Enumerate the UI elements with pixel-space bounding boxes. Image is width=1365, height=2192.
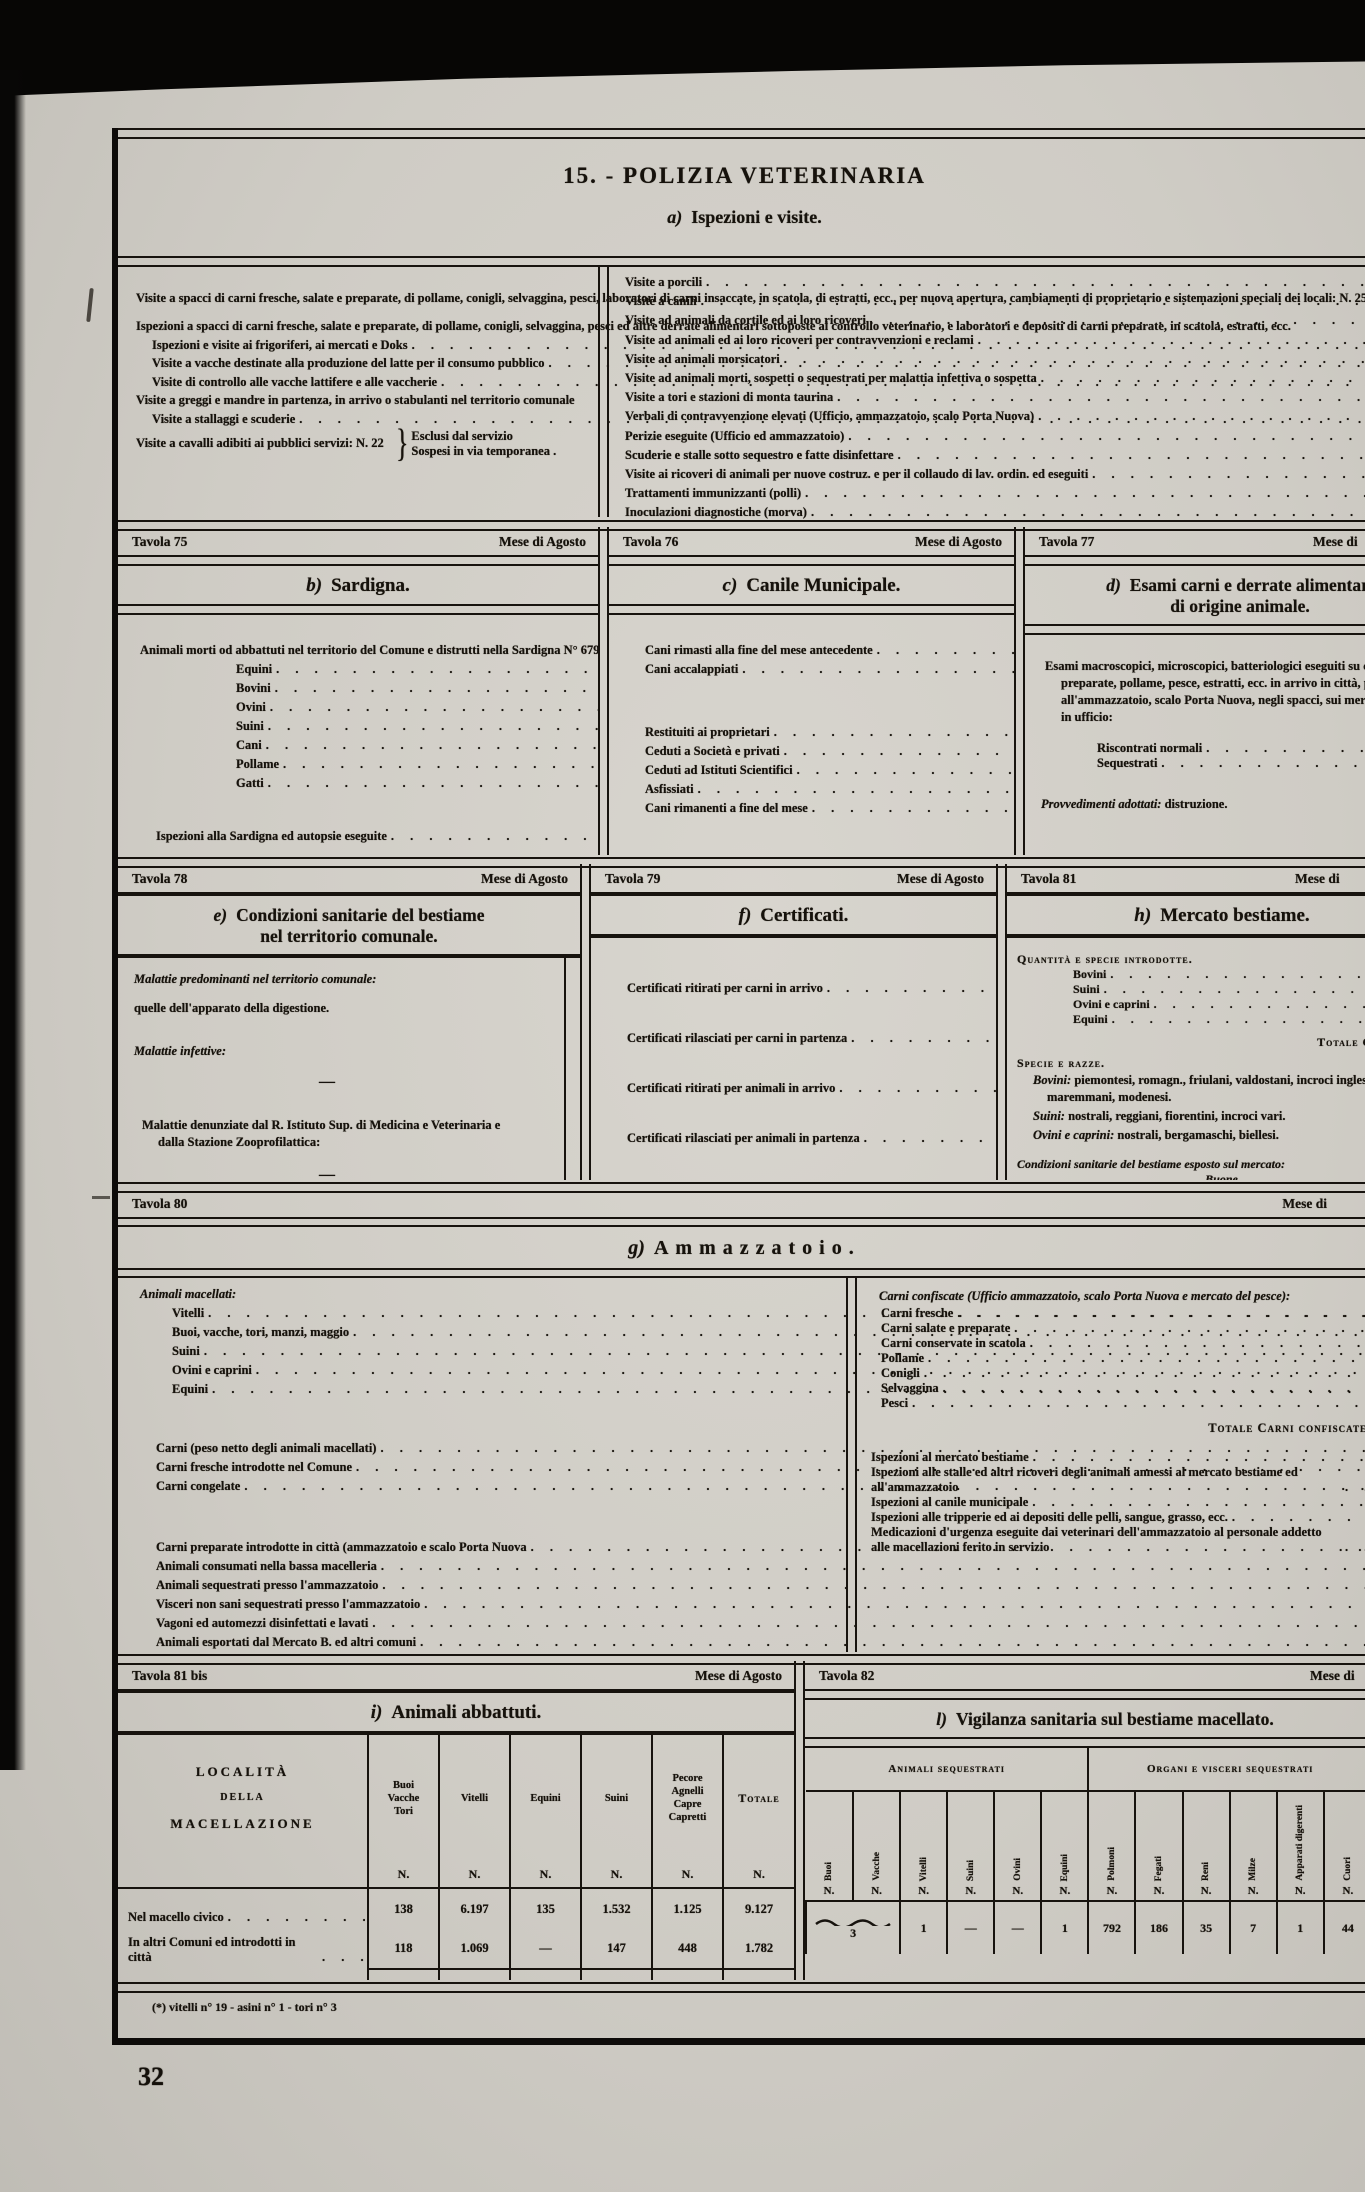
total-row: Totale 256 7.266 135 1.679 1.573 10.909: [118, 1969, 794, 1980]
column-rule: [564, 958, 566, 1180]
intro-text: Esami macroscopici, microscopici, batter…: [1037, 657, 1365, 727]
list-item: Visite a porcili: [625, 273, 1365, 292]
item-text: Gatti: [236, 775, 264, 792]
item-text: Certificati ritirati per carni in arrivo: [627, 980, 823, 997]
footnote: (*) vitelli n° 19 - asini n° 1 - tori n°…: [118, 2000, 1365, 2015]
item-text: Scuderie e stalle sotto sequestro e fatt…: [625, 446, 894, 465]
n-cell: N.: [1248, 1881, 1259, 1900]
item-text: Asfissiati: [645, 781, 694, 798]
n-cell: N.: [871, 1881, 882, 1900]
dot-leader: [318, 1950, 365, 1965]
divider: [1025, 555, 1365, 566]
cell-value: 10.909: [723, 1969, 794, 1980]
n-cell: N.: [1201, 1881, 1212, 1900]
item-text: Animali sequestrati presso l'ammazzatoio: [156, 1577, 378, 1594]
tavola-month: Mese di: [1295, 871, 1340, 887]
tavola-81: Tavola 81Mese di h)Mercato bestiame. Qua…: [1007, 864, 1365, 1180]
title-letter: b): [306, 575, 322, 596]
dot-leader: [1100, 982, 1365, 997]
dot-leader: [272, 661, 598, 678]
n-cell: N.: [1012, 1881, 1023, 1900]
item-text: Carni fresche introdotte nel Comune: [156, 1459, 352, 1476]
item-text: Sequestrati: [1097, 756, 1157, 771]
item-text: Visite a cavalli adibiti ai pubblici ser…: [136, 436, 384, 450]
column-header: FegatiN.: [1135, 1791, 1182, 1901]
divider: [609, 604, 1014, 615]
title-text: nel territorio comunale.: [260, 926, 437, 946]
braced-cell: 3: [806, 1901, 900, 1954]
list-item: Ispezioni alle stalle ed altri ricoveri …: [871, 1465, 1365, 1495]
header-text: Vitelli: [919, 1857, 929, 1881]
tavola-label: Tavola 75: [132, 534, 187, 550]
list-item: Conigli: [871, 1366, 1365, 1381]
title-letter: e): [213, 905, 227, 925]
race-text: piemontesi, romagn., friulani, valdostan…: [1047, 1073, 1365, 1104]
lead-line: Malattie predominanti nel territorio com…: [134, 972, 520, 987]
divider: [118, 1217, 1365, 1227]
item-text: Animali macellati:: [140, 1287, 236, 1301]
item-text: Vagoni ed automezzi disinfettati e lavat…: [156, 1615, 368, 1632]
list-item: Perizie eseguite (Ufficio ed ammazzatoio…: [625, 427, 1365, 446]
frame-bottom-border: [118, 2038, 1365, 2045]
item-text: Carni (peso netto degli animali macellat…: [156, 1440, 376, 1457]
item-text: Totale Carni confiscate: [1208, 1421, 1365, 1435]
list-item: Suini: [1017, 982, 1365, 997]
group-header-row: Animali sequestrati Organi e visceri seq…: [806, 1748, 1365, 1791]
header-line: Equini: [511, 1792, 580, 1805]
list-item: Selvaggina: [871, 1381, 1365, 1396]
divider: [118, 555, 598, 566]
text-line: quelle dell'apparato della digestione.: [134, 987, 520, 1016]
tavola-month: Mese di: [1310, 1668, 1355, 1684]
item-text: Carni conservate in scatola: [881, 1336, 1026, 1351]
list-item: Suini: [132, 717, 598, 736]
header-line: Capretti: [653, 1811, 722, 1824]
tavola-77: Tavola 77Mese di d)Esami carni e derrate…: [1025, 527, 1365, 855]
dot-leader: [908, 1396, 1365, 1411]
header-text: Buoi: [824, 1862, 834, 1881]
cell-value: 44: [1324, 1901, 1365, 1954]
item-text: Visite a vacche destinate alla produzion…: [152, 355, 544, 372]
race-line: Suini: nostrali, reggiani, fiorentini, i…: [1017, 1107, 1365, 1126]
item-text: Riscontrati normali: [1097, 741, 1202, 756]
cell-value: 1: [1277, 1901, 1324, 1954]
tavole-row-3: Tavola 81 bisMese di Agosto i)Animali ab…: [118, 1661, 1365, 1980]
tavola-month: Mese di Agosto: [915, 534, 1002, 550]
item-text: Ispezioni alle stalle ed altri ricoveri …: [871, 1465, 1341, 1495]
item-text: Carni fresche: [881, 1306, 953, 1321]
item-text: Visite di controllo alle vacche lattifer…: [152, 374, 437, 391]
item-text: Carni confiscate (Ufficio ammazzatoio, s…: [879, 1289, 1290, 1303]
n-cell: N.: [1343, 1881, 1354, 1900]
cell-value: 256: [368, 1969, 439, 1980]
column-divider: [1014, 527, 1025, 855]
item-text: Animali morti od abbattuti nel territori…: [140, 643, 598, 657]
column-header: PolmoniN.: [1088, 1791, 1135, 1901]
page-header: 15. - POLIZIA VETERINARIA a)Ispezioni e …: [118, 137, 1365, 228]
race-lead: Ovini e caprini:: [1033, 1128, 1114, 1142]
cell-value: 792: [1088, 1901, 1135, 1954]
dot-leader: [801, 484, 1365, 503]
list-item: Certificati rilasciati per carni in part…: [603, 998, 996, 1048]
item-text: Bovini: [1073, 967, 1106, 982]
item-text: Animali esportati dal Mercato B. ed altr…: [156, 1634, 416, 1651]
race-text: nostrali, bergamaschi, biellesi.: [1117, 1128, 1278, 1142]
title-text: di origine animale.: [1170, 596, 1310, 616]
n-cell: N.: [652, 1861, 723, 1888]
title-text: Mercato bestiame.: [1160, 905, 1309, 926]
list-item: Sequestrati: [1037, 756, 1365, 771]
header-line: Suini: [582, 1792, 651, 1805]
section-ispezioni-visite: N. Visite a spacci di carni fresche, sal…: [118, 265, 1365, 517]
column-header: Equini: [510, 1735, 581, 1861]
ammazzatoio-right: Carni confiscate (Ufficio ammazzatoio, s…: [857, 1278, 1365, 1652]
column-divider: [794, 1661, 805, 1980]
list-item: Ispezioni al mercato bestiameN.: [871, 1450, 1365, 1465]
dot-leader: [224, 1910, 365, 1925]
title-text: Canile Municipale.: [746, 575, 900, 596]
dot-leader: [953, 1306, 1365, 1321]
ammazzatoio-left: Animali macellati: N. Vitelli 6.197 Buoi…: [118, 1278, 846, 1652]
list-item: Verbali di contravvenzione elevati (Uffi…: [625, 407, 1365, 426]
tavola-label: Tavola 76: [623, 534, 678, 550]
item-text: Ovini: [236, 699, 266, 716]
dot-leader: [939, 1381, 1365, 1396]
header-text: Suini: [966, 1860, 976, 1881]
header-line: Vacche: [369, 1792, 438, 1805]
item-text: Carni salate e preparate: [881, 1321, 1010, 1336]
dot-leader: [924, 1351, 1365, 1366]
column-header: PecoreAgnelliCapreCapretti: [652, 1735, 723, 1861]
column-divider: [996, 864, 1007, 1180]
dot-leader: [387, 828, 598, 845]
tavola-label: Tavola 81: [1021, 871, 1076, 887]
title-text: Ammazzatoio.: [654, 1237, 861, 1259]
item-text: Bovini: [236, 680, 271, 697]
tavola-body: Esami macroscopici, microscopici, batter…: [1025, 635, 1365, 855]
dot-leader: [1029, 1450, 1365, 1465]
race-text: nostrali, reggiani, fiorentini, incroci …: [1068, 1109, 1285, 1123]
brace-glyph: }: [393, 432, 411, 457]
tavola-title: h)Mercato bestiame.: [1007, 896, 1365, 934]
cell-value: —: [994, 1901, 1041, 1954]
tavola-label: Tavola 81 bis: [132, 1668, 207, 1684]
cell-value: 1: [1041, 1901, 1088, 1954]
text-line: Malattie denunziate dal R. Istituto Sup.…: [134, 1105, 520, 1152]
tavola-body: Malattie predominanti nel territorio com…: [118, 958, 580, 1180]
list-item: Visite a canili: [625, 292, 1365, 311]
dot-leader: [833, 388, 1365, 407]
intro-text: Animali morti od abbattuti nel territori…: [132, 641, 598, 660]
tavola-title: d)Esami carni e derrate alimentaridi ori…: [1025, 566, 1365, 624]
page-number: 32: [138, 2062, 164, 2092]
cell-value: 186: [1135, 1901, 1182, 1954]
corner-line: LOCALITÀ: [118, 1759, 367, 1785]
dot-leader: [1228, 1510, 1365, 1525]
condition-lead: Condizioni sanitarie del bestiame espost…: [1017, 1145, 1365, 1172]
divider: [609, 555, 1014, 566]
list-item: Visite ad animali morti, sospetti o sequ…: [625, 369, 1365, 388]
column-header: Apparati digerentiN.: [1277, 1791, 1324, 1901]
cell-value: —: [510, 1929, 581, 1969]
list-item: Gatti: [132, 774, 598, 793]
dot-leader: [271, 680, 598, 697]
cell-value: 35: [1183, 1901, 1230, 1954]
dot-leader: [974, 331, 1365, 350]
header-text: Apparati digerenti: [1295, 1805, 1305, 1881]
dot-leader: [1028, 1495, 1365, 1510]
n-cell: N.: [1295, 1881, 1306, 1900]
dot-leader: [1157, 756, 1365, 771]
dot-leader: [780, 743, 1014, 760]
total-label: Totale: [621, 679, 1014, 707]
brace-wave: [814, 1917, 892, 1926]
header-line: Vitelli: [440, 1792, 509, 1805]
brace-option: Sospesi in via temporanea .: [411, 444, 556, 459]
list-item: Equini: [132, 660, 598, 679]
dot-leader: [264, 775, 598, 792]
tavola-75: Tavola 75Mese di Agosto b)Sardigna. N. A…: [118, 527, 598, 855]
list-item: Certificati rilasciati per animali in pa…: [603, 1098, 996, 1148]
n-cell: N.: [439, 1861, 510, 1888]
tavola-label: Tavola 82: [819, 1668, 874, 1684]
item-text: Certificati ritirati per animali in arri…: [627, 1080, 835, 1097]
header-text: Ovini: [1013, 1858, 1023, 1881]
title-letter: h): [1134, 905, 1151, 926]
divider: [118, 1982, 1365, 1993]
item-text: Trattamenti immunizzanti (polli): [625, 484, 801, 503]
tavola-title: g)Ammazzatoio.: [118, 1227, 1365, 1268]
cell-value: 135: [510, 1888, 581, 1929]
item-text: Ovini e caprini: [1073, 997, 1150, 1012]
race-lead: Bovini:: [1033, 1073, 1071, 1087]
header-line: Buoi: [369, 1779, 438, 1792]
divider: [805, 1737, 1365, 1748]
tavola-76: Tavola 76Mese di Agosto c)Canile Municip…: [609, 527, 1014, 855]
dot-leader: [266, 699, 598, 716]
animali-abbattuti-table: LOCALITÀ DELLA MACELLAZIONE BuoiVaccheTo…: [118, 1735, 794, 1980]
cell-value: —: [947, 1901, 994, 1954]
item-text: Visite ad animali ed ai loro ricoveri pe…: [625, 331, 974, 350]
total-label: Totale Carni confiscate: [871, 1411, 1365, 1450]
dot-leader: [1341, 1540, 1365, 1555]
cell-value: 138: [368, 1888, 439, 1929]
column-header-row: BuoiN. VaccheN. VitelliN. SuiniN. OviniN…: [806, 1791, 1365, 1901]
divider: [118, 1268, 1365, 1278]
header-text: Fegati: [1154, 1856, 1164, 1881]
section-heading: Quantità e specie introdotte.: [1017, 952, 1365, 967]
list-item: Scuderie e stalle sotto sequestro e fatt…: [625, 446, 1365, 465]
cell-value: 147: [581, 1929, 652, 1969]
dot-leader: [1106, 967, 1365, 982]
item-text: Visite ai ricoveri di animali per nuove …: [625, 465, 1088, 484]
title-text: Animali abbattuti.: [391, 1702, 541, 1723]
lead-line: Carni confiscate (Ufficio ammazzatoio, s…: [871, 1282, 1365, 1306]
item-text: Visite a porcili: [625, 273, 702, 292]
header-text: Reni: [1201, 1862, 1211, 1881]
list-item: Cani accalappiati: [621, 660, 1014, 679]
column-divider: [846, 1278, 857, 1652]
cell-value: 1.069: [439, 1929, 510, 1969]
column-header: Totale: [723, 1735, 794, 1861]
n-row: N. N. N. N. N. N.: [118, 1861, 794, 1888]
dash: —: [134, 1059, 520, 1105]
scan-edge-top: [0, 0, 1365, 96]
spacer: [603, 942, 996, 966]
column-header: BuoiVaccheTori: [368, 1735, 439, 1861]
title-text: Certificati.: [760, 905, 848, 926]
row-label: In altri Comuni ed introdotti in città: [128, 1935, 318, 1965]
pen-mark: [86, 288, 94, 322]
page-title: 15. - POLIZIA VETERINARIA: [118, 137, 1365, 189]
header-text: Milze: [1248, 1858, 1258, 1881]
item-text: Suini: [172, 1343, 200, 1360]
item-text: Suini: [1073, 982, 1100, 997]
title-letter: i): [371, 1702, 383, 1723]
tavola-body: N. Certificati ritirati per carni in arr…: [591, 938, 996, 1180]
item-text: Totale Capi: [1317, 1035, 1365, 1049]
dot-leader: [1108, 1012, 1365, 1027]
list-item: Visite ai ricoveri di animali per nuove …: [625, 465, 1365, 484]
dot-leader: [793, 762, 1014, 779]
column-divider: [598, 527, 609, 855]
dot-leader: [770, 724, 1014, 741]
item-text: Conigli: [881, 1366, 920, 1381]
n-cell: N.: [965, 1881, 976, 1900]
list-item: Equini: [1017, 1012, 1365, 1027]
list-item: Bovini: [132, 679, 598, 698]
list-item: Cani rimasti alla fine del mese antecede…: [621, 641, 1014, 660]
title-letter: d): [1106, 575, 1121, 595]
cell-value: 1.782: [723, 1929, 794, 1969]
divider: [1025, 624, 1365, 635]
list-item: Trattamenti immunizzanti (polli): [625, 484, 1365, 503]
list-item: Cani: [132, 736, 598, 755]
document-frame: 15. - POLIZIA VETERINARIA a)Ispezioni e …: [112, 128, 1365, 2045]
cell-value: 118: [368, 1929, 439, 1969]
cell-value: 1.125: [652, 1888, 723, 1929]
list-item: Certificati ritirati per carni in arrivo: [603, 966, 996, 998]
column-header: OviniN.: [994, 1791, 1041, 1901]
dot-leader: [1034, 407, 1365, 426]
spacer: [621, 707, 1014, 723]
item-text: Visceri non sani sequestrati presso l'am…: [156, 1596, 420, 1613]
item-text: Equini: [172, 1381, 208, 1398]
total-label: Totale: [132, 793, 598, 820]
dot-leader: [1341, 1480, 1365, 1495]
dot-leader: [860, 1130, 996, 1147]
item-text: Ispezioni al canile municipale: [871, 1495, 1028, 1510]
list-item: Pollame: [871, 1351, 1365, 1366]
item-text: Pollame: [881, 1351, 924, 1366]
dot-leader: [808, 800, 1014, 817]
title-letter: c): [723, 575, 738, 596]
item-text: Ceduti ad Istituti Scientifici: [645, 762, 793, 779]
header-line: Pecore: [653, 1772, 722, 1785]
item-text: Visite ad animali morti, sospetti o sequ…: [625, 369, 1037, 388]
tavola-title: c)Canile Municipale.: [609, 566, 1014, 604]
dot-leader: [279, 756, 598, 773]
item-text: Suini: [236, 718, 264, 735]
list-item: Visite a tori e stazioni di monta taurin…: [625, 388, 1365, 407]
item-text: Cani rimanenti a fine del mese: [645, 800, 808, 817]
dot-leader: [1150, 997, 1365, 1012]
tavola-body: Quantità e specie introdotte. Bovini Sui…: [1007, 938, 1365, 1180]
column-header: Vitelli: [439, 1735, 510, 1861]
title-text: Esami carni e derrate alimentari: [1130, 575, 1365, 595]
tavola-82: Tavola 82Mese di l)Vigilanza sanitaria s…: [805, 1661, 1365, 1980]
item-text: Equini: [236, 661, 272, 678]
item-text: Ovini e caprini: [172, 1362, 252, 1379]
column-header: SuiniN.: [947, 1791, 994, 1901]
corner-line: DELLA: [118, 1785, 367, 1811]
cell-value: 1.573: [652, 1969, 723, 1980]
dot-leader: [1037, 369, 1365, 388]
header-line: Capre: [653, 1798, 722, 1811]
table-row: Nel macello civico 138 6.197 135 1.532 1…: [118, 1888, 794, 1929]
table-corner-header: LOCALITÀ DELLA MACELLAZIONE: [118, 1735, 368, 1861]
dot-leader: [702, 273, 1365, 292]
ispezioni-left-column: N. Visite a spacci di carni fresche, sal…: [128, 265, 598, 517]
note-lead: Provvedimenti adottati:: [1041, 797, 1161, 811]
item-text: Cani rimasti alla fine del mese antecede…: [645, 642, 873, 659]
tavola-month: Mese di: [1313, 534, 1358, 550]
item-text: Visite a greggi e mandre in partenza, in…: [136, 393, 575, 407]
column-header: BuoiN.: [806, 1791, 853, 1901]
cell-value: 448: [652, 1929, 723, 1969]
tavola-title: e)Condizioni sanitarie del bestiamenel t…: [118, 896, 580, 954]
total-label: Totale Capi: [1017, 1027, 1365, 1056]
lead-line: Malattie infettive:: [134, 1016, 520, 1059]
dot-leader: [873, 642, 1014, 659]
item-text: Visite a tori e stazioni di monta taurin…: [625, 388, 833, 407]
n-cell: N.: [824, 1881, 835, 1900]
tavole-row-1: Tavola 75Mese di Agosto b)Sardigna. N. A…: [118, 527, 1365, 855]
column-header: MilzeN.: [1230, 1791, 1277, 1901]
title-text: Condizioni sanitarie del bestiame: [236, 905, 484, 925]
column-header: Suini: [581, 1735, 652, 1861]
item-text: Certificati rilasciati per animali in pa…: [627, 1130, 860, 1147]
list-item: Carni fresche: [871, 1306, 1365, 1321]
header-text: Polmoni: [1107, 1847, 1117, 1881]
tavola-title: l)Vigilanza sanitaria sul bestiame macel…: [805, 1700, 1365, 1737]
cell-value: 6.197: [439, 1888, 510, 1929]
list-item: Asfissiati: [621, 780, 1014, 799]
item-text: Buoi, vacche, tori, manzi, maggio: [172, 1324, 349, 1341]
cell-value: 9.127: [723, 1888, 794, 1929]
item-text: Ispezioni e visite ai frigoriferi, ai me…: [152, 337, 408, 354]
item-text: Cani: [236, 737, 262, 754]
column-header: CuoriN.: [1324, 1791, 1365, 1901]
cell-value: 1: [900, 1901, 947, 1954]
tavola-month: Mese di: [1282, 1196, 1327, 1212]
divider: [805, 1689, 1365, 1700]
list-item: Visite ad animali da cortile ed ai loro …: [625, 311, 1365, 330]
dot-leader: [823, 980, 996, 997]
header-line: Agnelli: [653, 1785, 722, 1798]
n-cell: [118, 1861, 368, 1888]
list-item: Ceduti a Società e privati: [621, 742, 1014, 761]
pen-mark: [92, 1196, 110, 1199]
scanned-document-page: 15. - POLIZIA VETERINARIA a)Ispezioni e …: [0, 0, 1365, 2192]
tavola-label: Tavola 78: [132, 871, 187, 887]
cell-value: 1.679: [581, 1969, 652, 1980]
subtitle-letter: a): [667, 207, 682, 227]
row-label: Nel macello civico: [128, 1910, 224, 1925]
list-item: Visite ad animali morsicatori: [625, 350, 1365, 369]
list-item: Pesci: [871, 1396, 1365, 1411]
cell-value: 135: [510, 1969, 581, 1980]
